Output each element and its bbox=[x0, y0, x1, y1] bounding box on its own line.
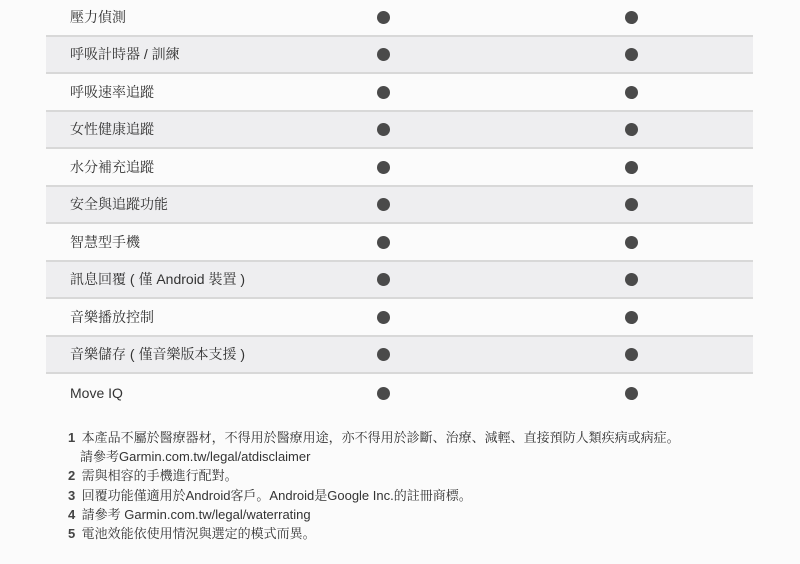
footnote-1: 1 本產品不屬於醫療器材，不得用於醫療用途，亦不得用於診斷、治療、減輕、直接預防… bbox=[68, 428, 680, 447]
footnote-text: 需與相容的手機進行配對。 bbox=[82, 468, 238, 483]
footnote-5: 5 電池效能依使用情況與選定的模式而異。 bbox=[68, 524, 680, 543]
feature-label: 音樂播放控制 bbox=[70, 307, 154, 327]
table-row: 水分補充追蹤 bbox=[46, 149, 753, 187]
feature-label: 壓力偵測 bbox=[70, 7, 126, 27]
table-row: 安全與追蹤功能 bbox=[46, 187, 753, 225]
supported-dot-icon bbox=[377, 86, 390, 99]
table-row: 音樂播放控制 bbox=[46, 299, 753, 337]
supported-dot-icon bbox=[625, 348, 638, 361]
feature-label: 女性健康追蹤 bbox=[70, 119, 154, 139]
supported-dot-icon bbox=[625, 387, 638, 400]
footnote-text: 回覆功能僅適用於Android客戶。Android是Google Inc.的註冊… bbox=[82, 488, 472, 503]
footnote-number: 5 bbox=[68, 524, 78, 543]
table-row: 智慧型手機 bbox=[46, 224, 753, 262]
supported-dot-icon bbox=[625, 198, 638, 211]
supported-dot-icon bbox=[377, 311, 390, 324]
footnote-text: 電池效能依使用情況與選定的模式而異。 bbox=[82, 526, 316, 541]
feature-label: 呼吸計時器 / 訓練 bbox=[70, 44, 180, 64]
footnote-text: 本產品不屬於醫療器材，不得用於醫療用途，亦不得用於診斷、治療、減輕、直接預防人類… bbox=[82, 430, 680, 445]
supported-dot-icon bbox=[377, 348, 390, 361]
feature-label: 智慧型手機 bbox=[70, 232, 140, 252]
supported-dot-icon bbox=[377, 387, 390, 400]
supported-dot-icon bbox=[625, 123, 638, 136]
feature-label: 音樂儲存 ( 僅音樂版本支援 ) bbox=[70, 344, 245, 364]
feature-label: 安全與追蹤功能 bbox=[70, 194, 168, 214]
table-row: 女性健康追蹤 bbox=[46, 112, 753, 150]
supported-dot-icon bbox=[625, 311, 638, 324]
supported-dot-icon bbox=[377, 273, 390, 286]
supported-dot-icon bbox=[625, 48, 638, 61]
feature-label: Move IQ bbox=[70, 385, 123, 401]
table-row: 音樂儲存 ( 僅音樂版本支援 ) bbox=[46, 337, 753, 375]
supported-dot-icon bbox=[625, 236, 638, 249]
footnote-number: 2 bbox=[68, 466, 78, 485]
footnote-text: 請參考 Garmin.com.tw/legal/waterrating bbox=[82, 507, 311, 522]
footnotes: 1 本產品不屬於醫療器材，不得用於醫療用途，亦不得用於診斷、治療、減輕、直接預防… bbox=[68, 428, 680, 543]
feature-label: 訊息回覆 ( 僅 Android 裝置 ) bbox=[70, 269, 245, 289]
table-row: 呼吸速率追蹤 bbox=[46, 74, 753, 112]
supported-dot-icon bbox=[625, 11, 638, 24]
footnote-1-continuation: 請參考Garmin.com.tw/legal/atdisclaimer bbox=[68, 447, 680, 466]
feature-comparison-table: 壓力偵測 呼吸計時器 / 訓練 呼吸速率追蹤 女性健康追蹤 水分補充追蹤 安全與… bbox=[46, 0, 753, 412]
table-row: 訊息回覆 ( 僅 Android 裝置 ) bbox=[46, 262, 753, 300]
supported-dot-icon bbox=[377, 48, 390, 61]
supported-dot-icon bbox=[377, 236, 390, 249]
supported-dot-icon bbox=[377, 123, 390, 136]
footnote-2: 2 需與相容的手機進行配對。 bbox=[68, 466, 680, 485]
footnote-number: 4 bbox=[68, 505, 78, 524]
supported-dot-icon bbox=[625, 273, 638, 286]
supported-dot-icon bbox=[377, 198, 390, 211]
feature-label: 水分補充追蹤 bbox=[70, 157, 154, 177]
footnote-number: 3 bbox=[68, 486, 78, 505]
table-row: 呼吸計時器 / 訓練 bbox=[46, 37, 753, 75]
table-row: 壓力偵測 bbox=[46, 0, 753, 37]
supported-dot-icon bbox=[377, 161, 390, 174]
table-row: Move IQ bbox=[46, 374, 753, 412]
supported-dot-icon bbox=[625, 161, 638, 174]
supported-dot-icon bbox=[377, 11, 390, 24]
supported-dot-icon bbox=[625, 86, 638, 99]
footnote-text: 請參考Garmin.com.tw/legal/atdisclaimer bbox=[80, 449, 310, 464]
feature-label: 呼吸速率追蹤 bbox=[70, 82, 154, 102]
footnote-3: 3 回覆功能僅適用於Android客戶。Android是Google Inc.的… bbox=[68, 486, 680, 505]
footnote-number: 1 bbox=[68, 428, 78, 447]
footnote-4: 4 請參考 Garmin.com.tw/legal/waterrating bbox=[68, 505, 680, 524]
